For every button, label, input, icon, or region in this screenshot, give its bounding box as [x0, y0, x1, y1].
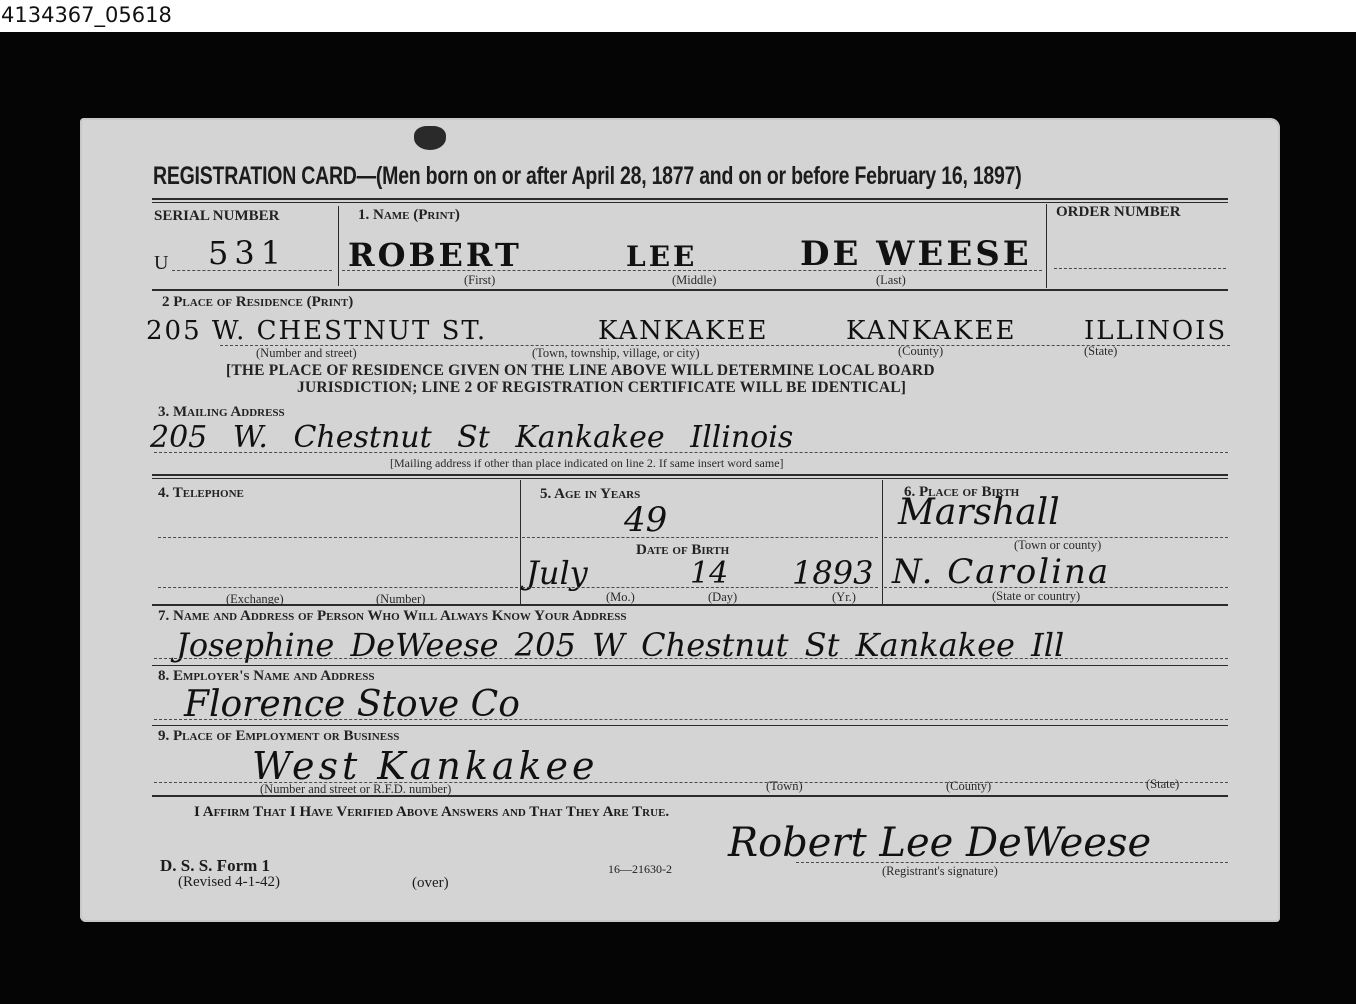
age-value: 49 [624, 500, 667, 540]
birth-state-value: N. Carolina [892, 552, 1110, 592]
name-first-caption: (First) [464, 273, 495, 288]
name-first-value: ROBERT [348, 236, 522, 274]
row3-rule-2 [152, 478, 1228, 479]
mailing-dotted-line [154, 452, 1228, 453]
employment-town-caption: (Town) [766, 779, 803, 794]
title-rule-2 [152, 202, 1228, 203]
birth-town-value: Marshall [898, 492, 1060, 533]
telephone-dotted-line-1 [158, 537, 518, 538]
order-dotted-line [1054, 268, 1226, 269]
residence-notice-line2: JURISDICTION; LINE 2 OF REGISTRATION CER… [297, 379, 906, 397]
employer-dotted-line [154, 719, 1228, 720]
registration-card: REGISTRATION CARD—(Men born on or after … [80, 118, 1280, 922]
signature-caption: (Registrant's signature) [882, 864, 998, 879]
residence-dotted-line [220, 345, 1230, 346]
mailing-address-value: 205 W. Chestnut St Kankakee Illinois [150, 420, 793, 455]
mailing-address-caption: [Mailing address if other than place ind… [390, 456, 784, 471]
order-number-label: ORDER NUMBER [1056, 204, 1181, 221]
residence-label: 2 Place of Residence (Print) [162, 294, 353, 311]
row3-rule [152, 474, 1228, 476]
card-title: REGISTRATION CARD—(Men born on or after … [153, 162, 1022, 191]
employer-label: 8. Employer's Name and Address [158, 668, 375, 685]
place-of-employment-label: 9. Place of Employment or Business [158, 728, 399, 745]
divider-age-birthplace [882, 480, 883, 604]
residence-notice-line1: [THE PLACE OF RESIDENCE GIVEN ON THE LIN… [226, 362, 935, 380]
residence-county-value: KANKAKEE [846, 316, 1016, 346]
form-revised: (Revised 4-1-42) [178, 874, 280, 891]
row1-rule [152, 289, 1228, 291]
dob-day-caption: (Day) [708, 590, 737, 605]
residence-town-value: KANKAKEE [598, 316, 768, 346]
punch-hole [414, 126, 446, 150]
mailing-address-label: 3. Mailing Address [158, 404, 285, 421]
name-label: 1. Name (Print) [358, 207, 460, 224]
divider-name-order [1046, 204, 1047, 288]
name-last-caption: (Last) [876, 273, 906, 288]
employment-county-caption: (County) [946, 779, 991, 794]
age-dotted-line [522, 537, 878, 538]
row7-rule [152, 665, 1228, 666]
serial-dotted-line [172, 270, 332, 271]
row6-rule [152, 604, 1228, 606]
divider-serial-name [338, 206, 339, 286]
serial-number-value: 531 [208, 234, 287, 272]
divider-phone-age [520, 480, 521, 604]
signature-dotted-line [796, 862, 1228, 863]
birth-state-dotted-line [884, 587, 1228, 588]
dob-dotted-line [522, 587, 878, 588]
over-note: (over) [412, 875, 449, 892]
dob-year-caption: (Yr.) [832, 590, 856, 605]
row9-rule [152, 795, 1228, 797]
name-dotted-line [342, 270, 1042, 271]
residence-street-caption: (Number and street) [256, 346, 357, 361]
dob-month-caption: (Mo.) [606, 590, 635, 605]
serial-number-label: SERIAL NUMBER [154, 208, 279, 225]
title-rule [152, 198, 1228, 200]
registrant-signature-value: Robert Lee DeWeese [728, 820, 1151, 866]
residence-county-caption: (County) [898, 344, 943, 359]
name-last-value: DE WEESE [800, 234, 1032, 274]
residence-street-value: 205 W. CHESTNUT ST. [146, 316, 487, 346]
birth-state-caption: (State or country) [992, 589, 1080, 604]
row8-rule [152, 725, 1228, 726]
image-id-label: 4134367_05618 [0, 0, 1356, 32]
telephone-dotted-line-2 [158, 587, 518, 588]
serial-prefix: U [154, 252, 168, 275]
residence-town-caption: (Town, township, village, or city) [532, 346, 700, 361]
residence-state-value: ILLINOIS [1084, 316, 1227, 346]
birth-town-caption: (Town or county) [1014, 538, 1101, 553]
contact-dotted-line [154, 658, 1228, 659]
telephone-label: 4. Telephone [158, 485, 244, 502]
dob-day-value: 14 [690, 556, 728, 591]
name-middle-caption: (Middle) [672, 273, 716, 288]
form-number: D. S. S. Form 1 [160, 856, 270, 876]
employment-state-caption: (State) [1146, 777, 1179, 792]
print-code: 16—21630-2 [608, 862, 672, 877]
contact-person-label: 7. Name and Address of Person Who Will A… [158, 608, 627, 625]
affirmation-text: I Affirm That I Have Verified Above Answ… [194, 804, 669, 821]
residence-state-caption: (State) [1084, 344, 1117, 359]
name-middle-value: LEE [626, 240, 697, 273]
